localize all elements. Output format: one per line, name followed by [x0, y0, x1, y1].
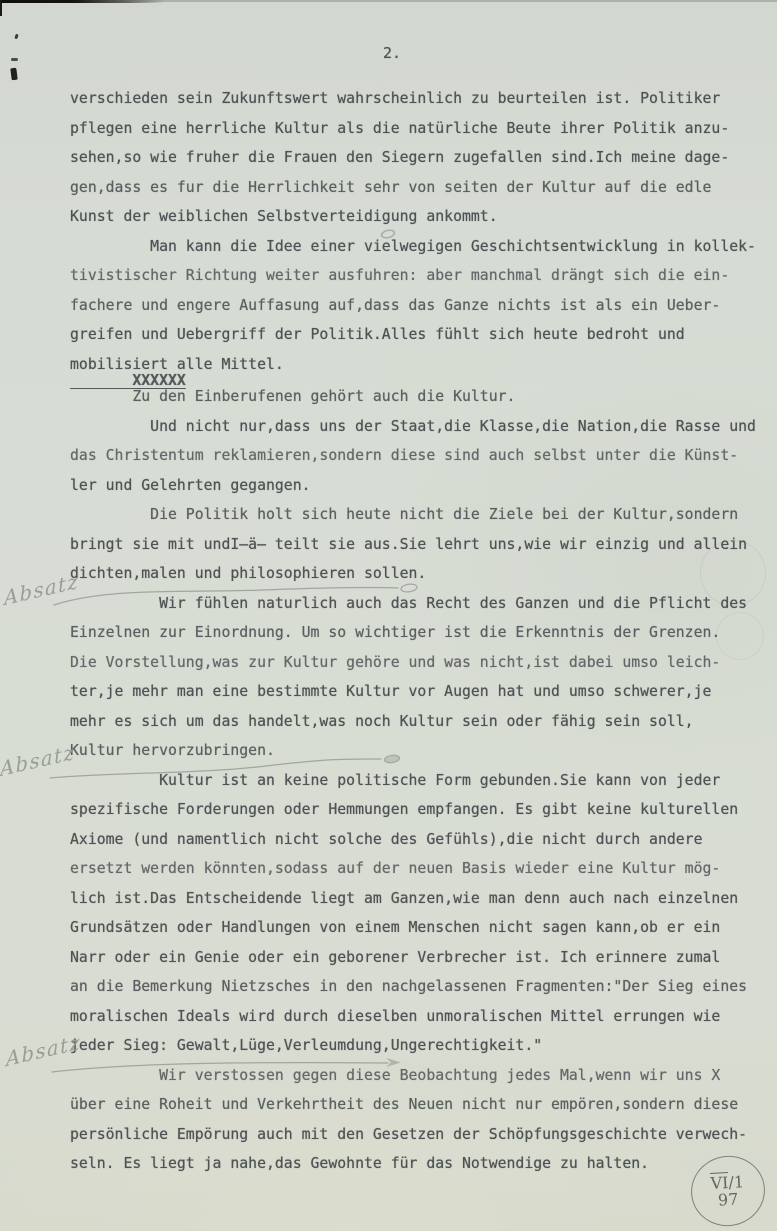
typed-line: persönliche Empörung auch mit den Gesetz…	[70, 1120, 770, 1150]
typed-line: das Christentum reklamieren,sondern dies…	[70, 441, 770, 471]
typed-body: verschieden sein Zukunftswert wahrschein…	[70, 84, 770, 1179]
typed-line: Kultur hervorzubringen.	[70, 736, 770, 766]
ink-speck	[11, 58, 18, 61]
typed-line: ler und Gelehrten gegangen.	[70, 471, 770, 501]
typed-line: an die Bemerkung Nietzsches in den nachg…	[70, 972, 770, 1002]
typed-line: Man kann die Idee einer vielwegigen Gesc…	[70, 232, 770, 262]
typed-line: Die Politik holt sich heute nicht die Zi…	[70, 500, 770, 530]
margin-note-absatz: Absatz	[0, 740, 76, 782]
margin-note-absatz: Absatz	[3, 569, 79, 611]
typed-line: jeder Sieg: Gewalt,Lüge,Verleumdung,Unge…	[70, 1031, 770, 1061]
typed-line: Narr oder ein Genie oder ein geborener V…	[70, 943, 770, 973]
typed-line: verschieden sein Zukunftswert wahrschein…	[70, 84, 770, 114]
typed-line: Axiome (und namentlich nicht solche des …	[70, 825, 770, 855]
typed-line: mehr es sich um das handelt,was noch Kul…	[70, 707, 770, 737]
typed-line: ter,je mehr man eine bestimmte Kultur vo…	[70, 677, 770, 707]
typed-line: Kunst der weiblichen Selbstverteidigung …	[70, 202, 770, 232]
ink-speck	[10, 68, 17, 81]
ink-speck	[14, 34, 18, 40]
typed-line: bringt sie mit undI̶ä̶ teilt sie aus.Sie…	[70, 530, 770, 560]
typed-line: sehen,so wie fruher die Frauen den Siege…	[70, 143, 770, 173]
page-left-edge	[0, 0, 2, 16]
typed-line: über eine Roheit und Verkehrtheit des Ne…	[70, 1090, 770, 1120]
typed-line: gen,dass es fur die Herrlichkeit sehr vo…	[70, 173, 770, 203]
typed-line: ersetzt werden könnten,sodass auf der ne…	[70, 854, 770, 884]
typed-line: tivistischer Richtung weiter ausfuhren: …	[70, 261, 770, 291]
typed-line: fachere und engere Auffasung auf,dass da…	[70, 291, 770, 321]
typed-line: Zu den Einberufenen gehört auch die Kult…	[70, 382, 770, 412]
page-number: 2.	[383, 44, 401, 62]
typed-line: greifen und Uebergriff der Politik.Alles…	[70, 320, 770, 350]
document-page: 2. verschieden sein Zukunftswert wahrsch…	[0, 0, 777, 1231]
archive-signature-text: VI/1 97	[710, 1173, 745, 1209]
typed-line: Kultur ist an keine politische Form gebu…	[70, 766, 770, 796]
typed-line: Wir fühlen naturlich auch das Recht des …	[70, 589, 770, 619]
typed-line: Und nicht nur,dass uns der Staat,die Kla…	[70, 412, 770, 442]
typed-line: Wir verstossen gegen diese Beobachtung j…	[70, 1061, 770, 1091]
page-top-shadow	[0, 0, 165, 3]
typed-line: Einzelnen zur Einordnung. Um so wichtige…	[70, 618, 770, 648]
typed-line: seln. Es liegt ja nahe,das Gewohnte für …	[70, 1149, 770, 1179]
typed-line: dichten,malen und philosophieren sollen.	[70, 559, 770, 589]
typed-line: Die Vorstellung,was zur Kultur gehöre un…	[70, 648, 770, 678]
typed-line: moralischen Ideals wird durch dieselben …	[70, 1002, 770, 1032]
typed-line: lich ist.Das Entscheidende liegt am Ganz…	[70, 884, 770, 914]
typed-line: spezifische Forderungen oder Hemmungen e…	[70, 795, 770, 825]
typed-line: Grundsätzen oder Handlungen von einem Me…	[70, 913, 770, 943]
typed-line: pflegen eine herrliche Kultur als die na…	[70, 114, 770, 144]
